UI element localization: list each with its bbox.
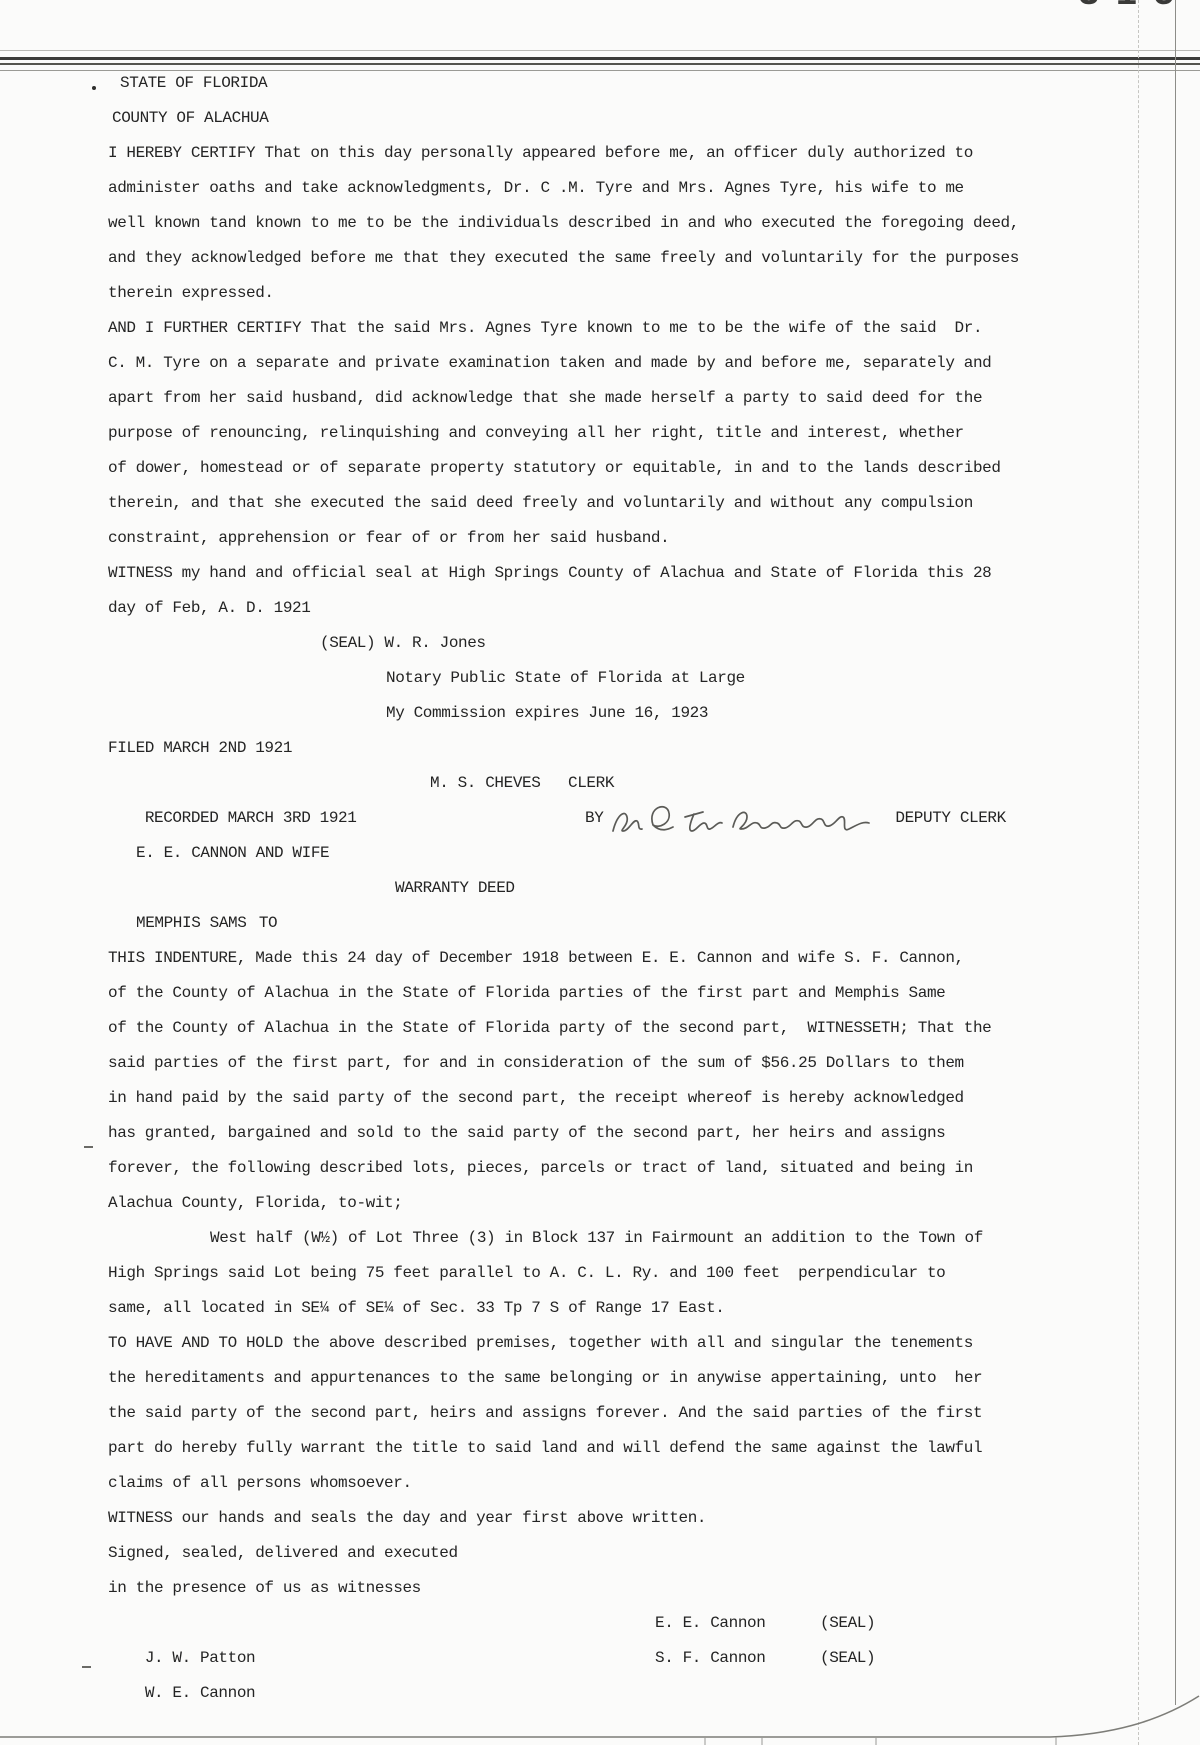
text-line: and they acknowledged before me that the… — [108, 241, 1038, 276]
text-line: of the County of Alachua in the State of… — [108, 976, 1038, 1011]
text-line: AND I FURTHER CERTIFY That the said Mrs.… — [108, 311, 1038, 346]
signature-row: J. W. Patton E. E. Cannon (SEAL) — [108, 1606, 1038, 1641]
text-line: therein expressed. — [108, 276, 1038, 311]
deputy-clerk-line: BY DEPUTY CLERK — [108, 801, 1038, 836]
text-line: C. M. Tyre on a separate and private exa… — [108, 346, 1038, 381]
county-line: COUNTY OF ALACHUA — [108, 101, 1038, 136]
top-rule-line — [0, 57, 1200, 60]
signature-row: W. E. Cannon S. F. Cannon (SEAL) — [108, 1641, 1038, 1676]
property-description-line: High Springs said Lot being 75 feet para… — [108, 1256, 1038, 1291]
grantor-caption: E. E. CANNON AND WIFE — [108, 836, 1038, 871]
clerk-name: M. S. CHEVES CLERK — [430, 766, 614, 801]
text-line: I HEREBY CERTIFY That on this day person… — [108, 136, 1038, 171]
text-line: constraint, apprehension or fear of or f… — [108, 521, 1038, 556]
by-label: BY — [585, 801, 603, 836]
recorded-line: RECORDED MARCH 3RD 1921 M. S. CHEVES CLE… — [108, 766, 1038, 801]
text-line: therein, and that she executed the said … — [108, 486, 1038, 521]
text-line: claims of all persons whomsoever. — [108, 1466, 1038, 1501]
bottom-page-edge — [0, 1685, 1200, 1745]
text-line: the said party of the second part, heirs… — [108, 1396, 1038, 1431]
stray-ink-dash — [84, 1146, 93, 1148]
stray-ink-dash — [82, 1666, 91, 1668]
text-line: Signed, sealed, delivered and executed — [108, 1536, 1038, 1571]
right-margin-rule — [1175, 0, 1176, 1705]
property-description-line: same, all located in SE¼ of SE¼ of Sec. … — [108, 1291, 1038, 1326]
document-body: STATE OF FLORIDA COUNTY OF ALACHUA I HER… — [108, 66, 1038, 1676]
witness-seal-statement: WITNESS my hand and official seal at Hig… — [108, 556, 1038, 591]
text-line: of dower, homestead or of separate prope… — [108, 451, 1038, 486]
text-line: apart from her said husband, did acknowl… — [108, 381, 1038, 416]
text-line: well known tand known to me to be the in… — [108, 206, 1038, 241]
state-line: STATE OF FLORIDA — [108, 66, 1038, 101]
text-line: said parties of the first part, for and … — [108, 1046, 1038, 1081]
grantee-caption: MEMPHIS SAMS — [108, 906, 1038, 941]
filed-line: FILED MARCH 2ND 1921 — [108, 731, 1038, 766]
text-line: has granted, bargained and sold to the s… — [108, 1116, 1038, 1151]
text-line: in hand paid by the said party of the se… — [108, 1081, 1038, 1116]
top-rule-line — [0, 50, 1200, 51]
deed-heading-line: TO WARRANTY DEED — [108, 871, 1038, 906]
indenture-line: THIS INDENTURE, Made this 24 day of Dece… — [108, 941, 1038, 976]
right-margin-dashed-rule — [1138, 0, 1139, 1745]
deputy-clerk-label: DEPUTY CLERK — [895, 801, 1005, 836]
text-line: part do hereby fully warrant the title t… — [108, 1431, 1038, 1466]
scanned-deed-record-page: { "page": { "partial_page_number": "315"… — [0, 0, 1200, 1745]
habendum-line: TO HAVE AND TO HOLD the above described … — [108, 1326, 1038, 1361]
text-line: purpose of renouncing, relinquishing and… — [108, 416, 1038, 451]
page-number-partial: 315 — [1078, 0, 1198, 13]
page-number-digits: 315 — [1078, 0, 1191, 13]
top-rule-line — [0, 63, 1200, 65]
property-description-line: West half (W½) of Lot Three (3) in Block… — [108, 1221, 1038, 1256]
grantor-signature: S. F. Cannon — [655, 1641, 765, 1676]
text-line: Alachua County, Florida, to-wit; — [108, 1186, 1038, 1221]
text-line: forever, the following described lots, p… — [108, 1151, 1038, 1186]
seal-label: (SEAL) — [820, 1641, 875, 1676]
witness-statement: WITNESS our hands and seals the day and … — [108, 1501, 1038, 1536]
deed-title: WARRANTY DEED — [395, 871, 515, 906]
commission-line: My Commission expires June 16, 1923 — [108, 696, 1038, 731]
text-line: the hereditaments and appurtenances to t… — [108, 1361, 1038, 1396]
text-line: of the County of Alachua in the State of… — [108, 1011, 1038, 1046]
grantor-signature: E. E. Cannon — [655, 1606, 765, 1641]
notary-title-line: Notary Public State of Florida at Large — [108, 661, 1038, 696]
date-line: day of Feb, A. D. 1921 — [108, 591, 1038, 626]
text-line: in the presence of us as witnesses — [108, 1571, 1038, 1606]
stray-ink-dot — [92, 86, 96, 90]
text-line: administer oaths and take acknowledgment… — [108, 171, 1038, 206]
notary-seal-line: (SEAL) W. R. Jones — [108, 626, 1038, 661]
seal-label: (SEAL) — [820, 1606, 875, 1641]
